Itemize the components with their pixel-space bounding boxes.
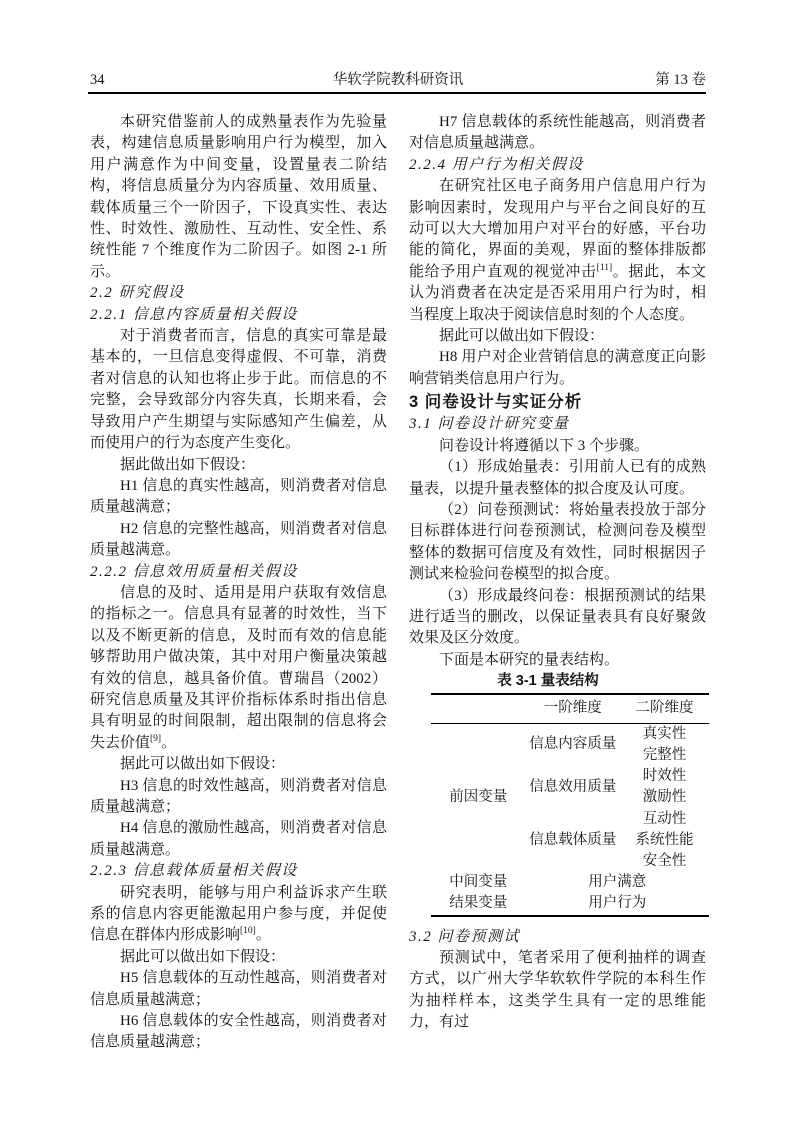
right-column: H7 信息载体的系统性能越高，则消费者对信息质量越满意。 2.2.4 用户行为相… (409, 112, 706, 1034)
second-order-interactivity: 互动性 (620, 809, 709, 830)
table-row: 前因变量 信息内容质量 真实性 (431, 723, 709, 745)
journal-title: 华软学院教科研资讯 (90, 68, 706, 89)
paragraph-3-2: 预测试中，笔者采用了便利抽样的调查方式，以广州大学华软软件学院的本科生作为抽样样… (409, 948, 706, 1034)
table-lead-paragraph: 下面是本研究的量表结构。 (409, 650, 706, 671)
hypothesis-intro-4: 据此可以做出如下假设： (409, 326, 706, 347)
category-antecedent: 前因变量 (431, 723, 526, 872)
hypothesis-intro-3: 据此可以做出如下假设： (90, 947, 387, 968)
table-header-row: 一阶维度 二阶维度 (431, 694, 709, 724)
table-3-1-caption: 表 3-1 量表结构 (409, 671, 687, 692)
table-header-first-order: 一阶维度 (526, 694, 621, 724)
first-order-utility-quality: 信息效用质量 (526, 766, 621, 808)
hypothesis-intro-1: 据此做出如下假设： (90, 455, 387, 476)
table-header-empty (431, 694, 526, 724)
heading-2-2-2: 2.2.2 信息效用质量相关假设 (90, 562, 387, 583)
heading-2-2-1: 2.2.1 信息内容质量相关假设 (90, 305, 387, 326)
second-order-system-performance: 系统性能 (620, 830, 709, 851)
second-order-security: 安全性 (620, 851, 709, 872)
second-order-incentive: 激励性 (620, 787, 709, 808)
step-2-paragraph: （2）问卷预测试：将始量表投放于部分目标群体进行问卷预测试，检测问卷及模型整体的… (409, 500, 706, 586)
hypothesis-h7: H7 信息载体的系统性能越高，则消费者对信息质量越满意。 (409, 112, 706, 155)
paragraph-3-1-intro: 问卷设计将遵循以下 3 个步骤。 (409, 436, 706, 457)
hypothesis-h3: H3 信息的时效性越高，则消费者对信息质量越满意； (90, 776, 387, 819)
first-order-carrier-quality: 信息载体质量 (526, 809, 621, 873)
paper-page: 34 华软学院教科研资讯 第 13 卷 本研究借鉴前人的成熟量表作为先验量表，构… (0, 0, 793, 1122)
running-head: 34 华软学院教科研资讯 第 13 卷 (90, 68, 706, 89)
section-3-heading: 3 问卷设计与实证分析 (409, 390, 706, 414)
heading-2-2-4: 2.2.4 用户行为相关假设 (409, 155, 706, 176)
heading-3-1: 3.1 问卷设计研究变量 (409, 414, 706, 435)
second-order-completeness: 完整性 (620, 745, 709, 766)
paragraph-2-2-1: 对于消费者而言，信息的真实可靠是最基本的，一旦信息变得虚假、不可靠，消费者对信息… (90, 326, 387, 454)
category-outcome: 结果变量 (431, 893, 526, 915)
outcome-value: 用户行为 (526, 893, 709, 915)
hypothesis-h4: H4 信息的激励性越高，则消费者对信息质量越满意。 (90, 818, 387, 861)
category-mediator: 中间变量 (431, 872, 526, 893)
paragraph-2-2-2: 信息的及时、适用是用户获取有效信息的指标之一。信息具有显著的时效性，当下以及不断… (90, 583, 387, 754)
table-header-second-order: 二阶维度 (620, 694, 709, 724)
intro-paragraph: 本研究借鉴前人的成熟量表作为先验量表，构建信息质量影响用户行为模型，加入用户满意… (90, 112, 387, 283)
hypothesis-h8: H8 用户对企业营销信息的满意度正向影响营销类信息用户行为。 (409, 347, 706, 390)
step-3-paragraph: （3）形成最终问卷：根据预测试的结果进行适当的删改，以保证量表具有良好聚敛效果及… (409, 586, 706, 650)
heading-3-2: 3.2 问卷预测试 (409, 927, 706, 948)
heading-2-2: 2.2 研究假设 (90, 283, 387, 304)
header-rule (88, 92, 706, 94)
hypothesis-intro-2: 据此可以做出如下假设： (90, 754, 387, 775)
second-order-authenticity: 真实性 (620, 723, 709, 745)
hypothesis-h1: H1 信息的真实性越高，则消费者对信息质量越满意； (90, 476, 387, 519)
step-1-paragraph: （1）形成始量表：引用前人已有的成熟量表，以提升量表整体的拟合度及认可度。 (409, 457, 706, 500)
left-column: 本研究借鉴前人的成熟量表作为先验量表，构建信息质量影响用户行为模型，加入用户满意… (90, 112, 387, 1054)
table-3-1: 一阶维度 二阶维度 前因变量 信息内容质量 真实性 完整性 信息效用质量 时效性 (431, 693, 709, 917)
first-order-content-quality: 信息内容质量 (526, 723, 621, 766)
table-row: 中间变量 用户满意 (431, 872, 709, 893)
second-order-timeliness: 时效性 (620, 766, 709, 787)
hypothesis-h5: H5 信息载体的互动性越高，则消费者对信息质量越满意； (90, 968, 387, 1011)
paragraph-2-2-3: 研究表明，能够与用户利益诉求产生联系的信息内容更能激起用户参与度，并促使信息在群… (90, 883, 387, 947)
mediator-value: 用户满意 (526, 872, 709, 893)
hypothesis-h2: H2 信息的完整性越高，则消费者对信息质量越满意。 (90, 519, 387, 562)
paragraph-2-2-4: 在研究社区电子商务用户信息用户行为影响因素时，发现用户与平台之间良好的互动可以大… (409, 176, 706, 326)
hypothesis-h6: H6 信息载体的安全性越高，则消费者对信息质量越满意； (90, 1011, 387, 1054)
heading-2-2-3: 2.2.3 信息载体质量相关假设 (90, 861, 387, 882)
table-row: 结果变量 用户行为 (431, 893, 709, 915)
